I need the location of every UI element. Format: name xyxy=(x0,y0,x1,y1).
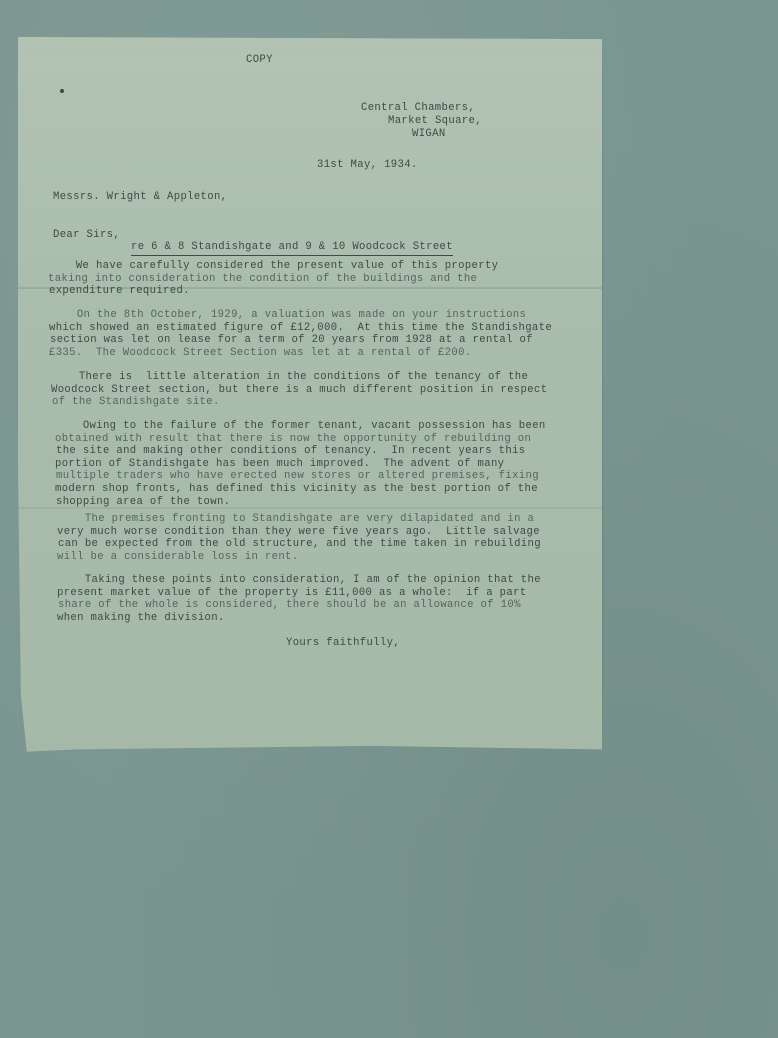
paragraph-6-line: when making the division. xyxy=(57,612,225,625)
subject-line: re 6 & 8 Standishgate and 9 & 10 Woodcoc… xyxy=(131,241,453,256)
sender-address-line-1: Central Chambers, xyxy=(361,102,475,115)
salutation: Dear Sirs, xyxy=(53,229,120,242)
paragraph-2-line: £335. The Woodcock Street Section was le… xyxy=(49,347,472,360)
paragraph-5-line: can be expected from the old structure, … xyxy=(58,538,541,551)
paragraph-6-line: present market value of the property is … xyxy=(57,587,527,600)
paragraph-4-line: the site and making other conditions of … xyxy=(56,445,526,458)
sender-address-line-3: WIGAN xyxy=(412,128,446,141)
copy-mark: COPY xyxy=(246,54,273,67)
paragraph-3-line: There is little alteration in the condit… xyxy=(52,371,528,384)
paragraph-4-line: obtained with result that there is now t… xyxy=(55,433,531,446)
addressee: Messrs. Wright & Appleton, xyxy=(53,191,227,204)
paragraph-4-line: portion of Standishgate has been much im… xyxy=(55,458,504,471)
paragraph-4-line: shopping area of the town. xyxy=(56,496,230,509)
paragraph-1-line: expenditure required. xyxy=(49,285,190,298)
paragraph-4-line: modern shop fronts, has defined this vic… xyxy=(55,483,538,496)
paragraph-4-line: multiple traders who have erected new st… xyxy=(56,470,539,483)
sender-address-line-2: Market Square, xyxy=(388,115,482,128)
paragraph-1-line: We have carefully considered the present… xyxy=(49,260,498,273)
paragraph-4-line: Owing to the failure of the former tenan… xyxy=(56,420,546,433)
ink-speck xyxy=(60,89,64,93)
paragraph-6-line: Taking these points into consideration, … xyxy=(58,574,541,587)
paragraph-2-line: section was let on lease for a term of 2… xyxy=(50,334,533,347)
paragraph-5-line: The premises fronting to Standishgate ar… xyxy=(58,513,534,526)
paragraph-5-line: will be a considerable loss in rent. xyxy=(57,551,298,564)
paragraph-6-line: share of the whole is considered, there … xyxy=(58,599,521,612)
closing: Yours faithfully, xyxy=(286,637,400,650)
letter-date: 31st May, 1934. xyxy=(317,159,418,172)
paragraph-5-line: very much worse condition than they were… xyxy=(57,526,540,539)
paragraph-3-line: of the Standishgate site. xyxy=(52,396,220,409)
paragraph-3-line: Woodcock Street section, but there is a … xyxy=(51,384,547,397)
paragraph-2-line: which showed an estimated figure of £12,… xyxy=(49,322,552,335)
paragraph-2-line: On the 8th October, 1929, a valuation wa… xyxy=(50,309,526,322)
paragraph-1-line: taking into consideration the condition … xyxy=(48,273,477,286)
